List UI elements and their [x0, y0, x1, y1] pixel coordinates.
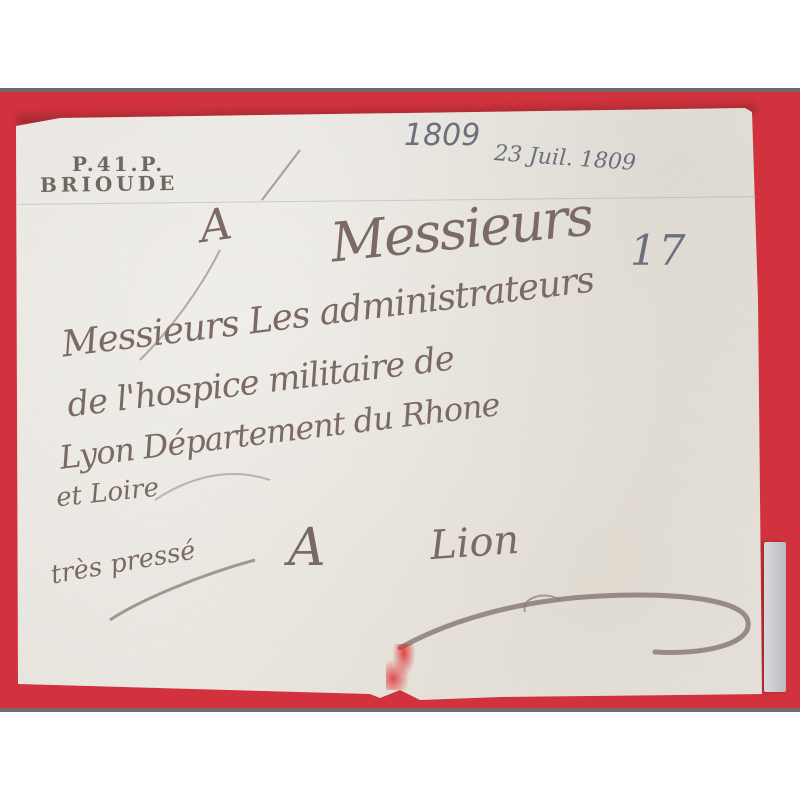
top-margin: [0, 0, 800, 88]
bottom-margin: [0, 712, 800, 800]
destination-prefix: A: [288, 518, 326, 578]
postmark-town: BRIOUDE: [40, 171, 179, 197]
wax-seal-remnant: [386, 644, 422, 690]
pencil-year-note: 1809: [404, 118, 480, 153]
pencil-tax-mark: 17: [630, 226, 687, 275]
folded-paper-tab: [764, 542, 786, 692]
address-prefix: A: [197, 198, 236, 253]
destination-city: Lion: [429, 517, 521, 569]
